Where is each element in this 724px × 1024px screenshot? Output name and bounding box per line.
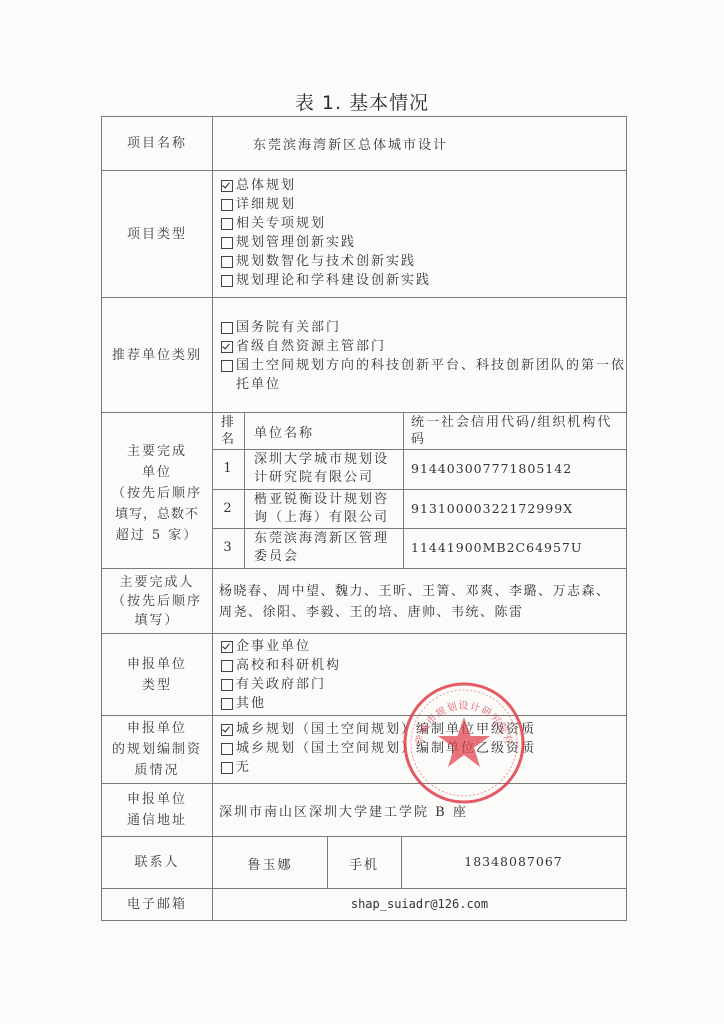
option-enterprise[interactable]: 企事业单位 [221, 637, 341, 656]
label-line: 主要完成人 [112, 573, 202, 592]
option-overall-planning[interactable]: 总体规划 [221, 176, 431, 195]
checkbox-checked-icon[interactable] [221, 180, 233, 192]
option-label: 企事业单位 [236, 637, 311, 656]
option-label: 规划管理创新实践 [236, 233, 356, 252]
checkbox-checked-icon[interactable] [221, 641, 233, 653]
unit-name: 东莞滨海湾新区管理 委员会 [254, 530, 389, 566]
option-label: 规划理论和学科建设创新实践 [236, 271, 431, 290]
option-label: 省级自然资源主管部门 [236, 337, 386, 356]
recommender-type-options: 国务院有关部门 省级自然资源主管部门 国土空间规划方向的科技创新平台、科技创新团… [213, 298, 626, 412]
unit-name: 楷亚锐衡设计规划咨 询（上海）有限公司 [254, 491, 389, 527]
applicant-type-label: 申报单位 类型 [102, 634, 213, 715]
unit-rank: 1 [213, 461, 244, 476]
option-grade-a[interactable]: 城乡规划（国土空间规划）编制单位甲级资质 [221, 720, 536, 739]
option-management-innovation[interactable]: 规划管理创新实践 [221, 233, 431, 252]
row-main-persons: 主要完成人 （按先后顺序 填写） 杨晓春、周中望、魏力、王昕、王箐、邓爽、李璐、… [101, 568, 627, 633]
option-digital-innovation[interactable]: 规划数智化与技术创新实践 [221, 252, 431, 271]
option-special-planning[interactable]: 相关专项规划 [221, 214, 431, 233]
email-value-cell: shap_suiadr@126.com [213, 889, 626, 920]
row-email: 电子邮箱 shap_suiadr@126.com [101, 888, 627, 921]
address-label: 申报单位 通信地址 [102, 784, 213, 836]
checkbox-icon[interactable] [221, 743, 233, 755]
option-label: 总体规划 [236, 176, 296, 195]
option-label: 国务院有关部门 [236, 318, 341, 337]
option-detailed-planning[interactable]: 详细规划 [221, 195, 431, 214]
qualification-options: 城乡规划（国土空间规划）编制单位甲级资质 城乡规划（国土空间规划）编制单位乙级资… [213, 716, 626, 783]
label-line: 主要完成 [112, 441, 202, 462]
table-title: 表 1. 基本情况 [0, 88, 724, 115]
project-name-value: 东莞滨海湾新区总体城市设计 [213, 117, 626, 170]
label-line: 的规划编制资 [112, 739, 202, 760]
option-label: 规划数智化与技术创新实践 [236, 252, 416, 271]
checkbox-icon[interactable] [221, 660, 233, 672]
unit-name-line: 楷亚锐衡设计规划咨 [254, 491, 389, 509]
contact-label: 联系人 [102, 837, 213, 888]
option-label: 城乡规划（国土空间规划）编制单位甲级资质 [236, 720, 536, 739]
phone-label: 手机 [327, 854, 401, 873]
option-label: 高校和科研机构 [236, 656, 341, 675]
checkbox-icon[interactable] [221, 275, 233, 287]
label-line: 通信地址 [127, 810, 187, 831]
label-line: 申报单位 [127, 654, 187, 675]
checkbox-icon[interactable] [221, 698, 233, 710]
contact-name: 鲁玉娜 [213, 854, 327, 873]
unit-name: 深圳大学城市规划设 计研究院有限公司 [254, 451, 389, 487]
label-line: （按先后顺序 [112, 592, 202, 611]
unit-code: 91310000322172999X [411, 501, 573, 516]
label-line: 质情况 [112, 760, 202, 781]
row-address: 申报单位 通信地址 深圳市南山区深圳大学建工学院 B 座 [101, 783, 627, 836]
unit-name-line: 深圳大学城市规划设 [254, 451, 389, 469]
header-code-line: 码 [411, 431, 612, 448]
option-other[interactable]: 其他 [221, 694, 341, 713]
unit-name-line: 东莞滨海湾新区管理 [254, 530, 389, 548]
header-credit-code: 统一社会信用代码/组织机构代 码 [411, 414, 612, 448]
option-theory-innovation[interactable]: 规划理论和学科建设创新实践 [221, 271, 431, 290]
option-label: 城乡规划（国土空间规划）编制单位乙级资质 [236, 739, 536, 758]
checkbox-icon[interactable] [221, 218, 233, 230]
row-main-units: 主要完成 单位 （按先后顺序 填写，总数不 超过 5 家） 排 名 单位名称 统… [101, 412, 627, 568]
option-none[interactable]: 无 [221, 758, 536, 777]
label-line: （按先后顺序 [112, 483, 202, 504]
option-label: 国土空间规划方向的科技创新平台、科技创新团队的第一依 [236, 356, 626, 375]
project-name-text: 东莞滨海湾新区总体城市设计 [253, 134, 448, 153]
unit-rank: 3 [213, 540, 244, 555]
checkbox-icon[interactable] [221, 679, 233, 691]
label-line: 超过 5 家） [112, 525, 202, 546]
option-grade-b[interactable]: 城乡规划（国土空间规划）编制单位乙级资质 [221, 739, 536, 758]
header-rank-line: 排 [213, 414, 244, 431]
main-persons-value: 杨晓春、周中望、魏力、王昕、王箐、邓爽、李璐、万志森、 周尧、徐阳、李毅、王的培… [213, 569, 626, 633]
persons-line: 周尧、徐阳、李毅、王的培、唐帅、韦统、陈雷 [219, 602, 611, 623]
label-line: 申报单位 [127, 789, 187, 810]
persons-line: 杨晓春、周中望、魏力、王昕、王箐、邓爽、李璐、万志森、 [219, 581, 611, 602]
main-units-label: 主要完成 单位 （按先后顺序 填写，总数不 超过 5 家） [102, 413, 213, 568]
checkbox-icon[interactable] [221, 237, 233, 249]
project-name-label: 项目名称 [102, 117, 213, 170]
email-value: shap_suiadr@126.com [213, 897, 626, 911]
label-line: 填写） [112, 611, 202, 630]
option-state-council[interactable]: 国务院有关部门 [221, 318, 626, 337]
address-text: 深圳市南山区深圳大学建工学院 B 座 [219, 801, 468, 820]
project-type-options: 总体规划 详细规划 相关专项规划 规划管理创新实践 规划数智化与技术创新实践 规… [213, 171, 626, 297]
option-innovation-platform-cont: 托单位 [221, 375, 626, 394]
header-rank: 排 名 [213, 414, 244, 448]
option-innovation-platform[interactable]: 国土空间规划方向的科技创新平台、科技创新团队的第一依 [221, 356, 626, 375]
option-government[interactable]: 有关政府部门 [221, 675, 341, 694]
project-type-label: 项目类型 [102, 171, 213, 297]
option-university[interactable]: 高校和科研机构 [221, 656, 341, 675]
option-label: 其他 [236, 694, 266, 713]
applicant-type-options: 企事业单位 高校和科研机构 有关政府部门 其他 [213, 634, 626, 715]
label-line: 单位 [112, 462, 202, 483]
unit-code: 11441900MB2C64957U [411, 540, 582, 555]
header-unit-name: 单位名称 [254, 422, 314, 441]
option-label: 无 [236, 758, 251, 777]
qualification-label: 申报单位 的规划编制资 质情况 [102, 716, 213, 783]
address-value: 深圳市南山区深圳大学建工学院 B 座 [213, 784, 626, 836]
option-label: 详细规划 [236, 195, 296, 214]
recommender-type-label: 推荐单位类别 [102, 298, 213, 412]
checkbox-checked-icon[interactable] [221, 724, 233, 736]
option-label: 有关政府部门 [236, 675, 326, 694]
main-persons-label: 主要完成人 （按先后顺序 填写） [102, 569, 213, 633]
phone-value: 18348087067 [401, 854, 626, 869]
row-contact: 联系人 鲁玉娜 手机 18348087067 [101, 836, 627, 888]
checkbox-icon[interactable] [221, 762, 233, 774]
unit-rank: 2 [213, 501, 244, 516]
option-provincial-authority[interactable]: 省级自然资源主管部门 [221, 337, 626, 356]
checkbox-icon[interactable] [221, 322, 233, 334]
checkbox-icon[interactable] [221, 360, 233, 372]
label-line: 类型 [127, 675, 187, 696]
row-applicant-type: 申报单位 类型 企事业单位 高校和科研机构 有关政府部门 其他 [101, 633, 627, 715]
header-code-line: 统一社会信用代码/组织机构代 [411, 414, 612, 431]
row-qualification: 申报单位 的规划编制资 质情况 城乡规划（国土空间规划）编制单位甲级资质 城乡规… [101, 715, 627, 783]
label-line: 填写，总数不 [112, 504, 202, 525]
row-project-type: 项目类型 总体规划 详细规划 相关专项规划 规划管理创新实践 规划数智化与技术创… [101, 170, 627, 297]
main-units-grid: 排 名 单位名称 统一社会信用代码/组织机构代 码 1 深圳大学城市规划设 计研… [213, 413, 626, 568]
label-line: 申报单位 [112, 718, 202, 739]
email-label: 电子邮箱 [102, 889, 213, 920]
checkbox-icon[interactable] [221, 199, 233, 211]
unit-code: 914403007771805142 [411, 461, 572, 476]
row-project-name: 项目名称 东莞滨海湾新区总体城市设计 [101, 116, 627, 170]
row-recommender-type: 推荐单位类别 国务院有关部门 省级自然资源主管部门 国土空间规划方向的科技创新平… [101, 297, 627, 412]
unit-name-line: 计研究院有限公司 [254, 469, 389, 487]
header-rank-line: 名 [213, 431, 244, 448]
unit-name-line: 委员会 [254, 548, 389, 566]
contact-values: 鲁玉娜 手机 18348087067 [213, 837, 626, 888]
checkbox-checked-icon[interactable] [221, 341, 233, 353]
checkbox-icon[interactable] [221, 256, 233, 268]
unit-name-line: 询（上海）有限公司 [254, 509, 389, 527]
option-label: 相关专项规划 [236, 214, 326, 233]
